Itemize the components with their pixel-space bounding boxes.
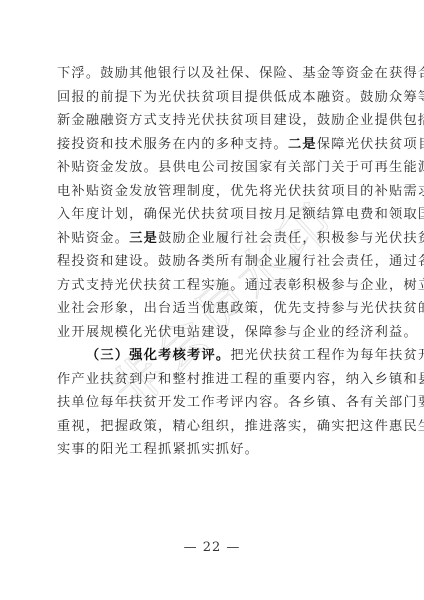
text-segment: 电补贴资金发放管理制度，优先将光伏扶贫项目的补贴需求列 <box>57 184 424 199</box>
text-line: 新金融融资方式支持光伏扶贫项目建设，鼓励企业提供包括直 <box>57 111 367 135</box>
text-line: 补贴资金。三是鼓励企业履行社会责任，积极参与光伏扶贫工 <box>57 229 367 253</box>
text-segment: 鼓励企业履行社会责任，积极参与光伏扶贫工 <box>158 231 424 246</box>
text-segment: 作产业扶贫到户和整村推进工程的重要内容，纳入乡镇和县直帮 <box>57 372 424 387</box>
text-segment: 业社会形象，出台适当优惠政策，优先支持参与光伏扶贫的企 <box>57 301 424 316</box>
document-page: 非会员水印 下浮。鼓励其他银行以及社保、保险、基金等资金在获得合理回报的前提下为… <box>0 0 424 600</box>
text-line: 回报的前提下为光伏扶贫项目提供低成本融资。鼓励众筹等创 <box>57 88 367 112</box>
text-line: 重视，把握政策，精心组织，推进落实，确实把这件惠民生、办 <box>57 417 367 441</box>
text-line: 业社会形象，出台适当优惠政策，优先支持参与光伏扶贫的企 <box>57 299 367 323</box>
body-text: 下浮。鼓励其他银行以及社保、保险、基金等资金在获得合理回报的前提下为光伏扶贫项目… <box>57 64 367 464</box>
text-line: 入年度计划，确保光伏扶贫项目按月足额结算电费和领取国家 <box>57 205 367 229</box>
text-segment: 接投资和技术服务在内的多种支持。 <box>57 137 288 152</box>
page-number: — 22 — <box>0 540 424 555</box>
text-line: 扶单位每年扶贫开发工作考评内容。各乡镇、各有关部门要高度 <box>57 393 367 417</box>
text-segment: 扶单位每年扶贫开发工作考评内容。各乡镇、各有关部门要高度 <box>57 395 424 410</box>
text-segment: 新金融融资方式支持光伏扶贫项目建设，鼓励企业提供包括直 <box>57 113 424 128</box>
text-segment: 保障光伏扶贫项目的 <box>317 137 424 152</box>
text-segment: 实事的阳光工程抓紧抓实抓好。 <box>57 442 259 457</box>
text-line: 下浮。鼓励其他银行以及社保、保险、基金等资金在获得合理 <box>57 64 367 88</box>
text-segment: 入年度计划，确保光伏扶贫项目按月足额结算电费和领取国家 <box>57 207 424 222</box>
text-segment: 把光伏扶贫工程作为每年扶贫开发工 <box>230 348 424 363</box>
text-line: （三）强化考核考评。把光伏扶贫工程作为每年扶贫开发工 <box>57 346 367 370</box>
text-segment: 重视，把握政策，精心组织，推进落实，确实把这件惠民生、办 <box>57 419 424 434</box>
text-segment: 业开展规模化光伏电站建设，保障参与企业的经济利益。 <box>57 325 418 340</box>
text-line: 程投资和建设。鼓励各类所有制企业履行社会责任，通过各种 <box>57 252 367 276</box>
text-segment: 回报的前提下为光伏扶贫项目提供低成本融资。鼓励众筹等创 <box>57 90 424 105</box>
text-line: 业开展规模化光伏电站建设，保障参与企业的经济利益。 <box>57 323 367 347</box>
text-line: 实事的阳光工程抓紧抓实抓好。 <box>57 440 367 464</box>
text-segment: 程投资和建设。鼓励各类所有制企业履行社会责任，通过各种 <box>57 254 424 269</box>
text-segment: 补贴资金。 <box>57 231 129 246</box>
bold-phrase: 二是 <box>288 137 317 152</box>
text-segment: 下浮。鼓励其他银行以及社保、保险、基金等资金在获得合理 <box>57 66 424 81</box>
bold-phrase: （三）强化考核考评。 <box>86 348 230 363</box>
text-line: 作产业扶贫到户和整村推进工程的重要内容，纳入乡镇和县直帮 <box>57 370 367 394</box>
text-segment: 方式支持光伏扶贫工程实施。通过表彰积极参与企业，树立企 <box>57 278 424 293</box>
bold-phrase: 三是 <box>129 231 158 246</box>
text-line: 方式支持光伏扶贫工程实施。通过表彰积极参与企业，树立企 <box>57 276 367 300</box>
text-line: 电补贴资金发放管理制度，优先将光伏扶贫项目的补贴需求列 <box>57 182 367 206</box>
text-segment: 补贴资金发放。县供电公司按国家有关部门关于可再生能源发 <box>57 160 424 175</box>
text-line: 接投资和技术服务在内的多种支持。二是保障光伏扶贫项目的 <box>57 135 367 159</box>
text-line: 补贴资金发放。县供电公司按国家有关部门关于可再生能源发 <box>57 158 367 182</box>
